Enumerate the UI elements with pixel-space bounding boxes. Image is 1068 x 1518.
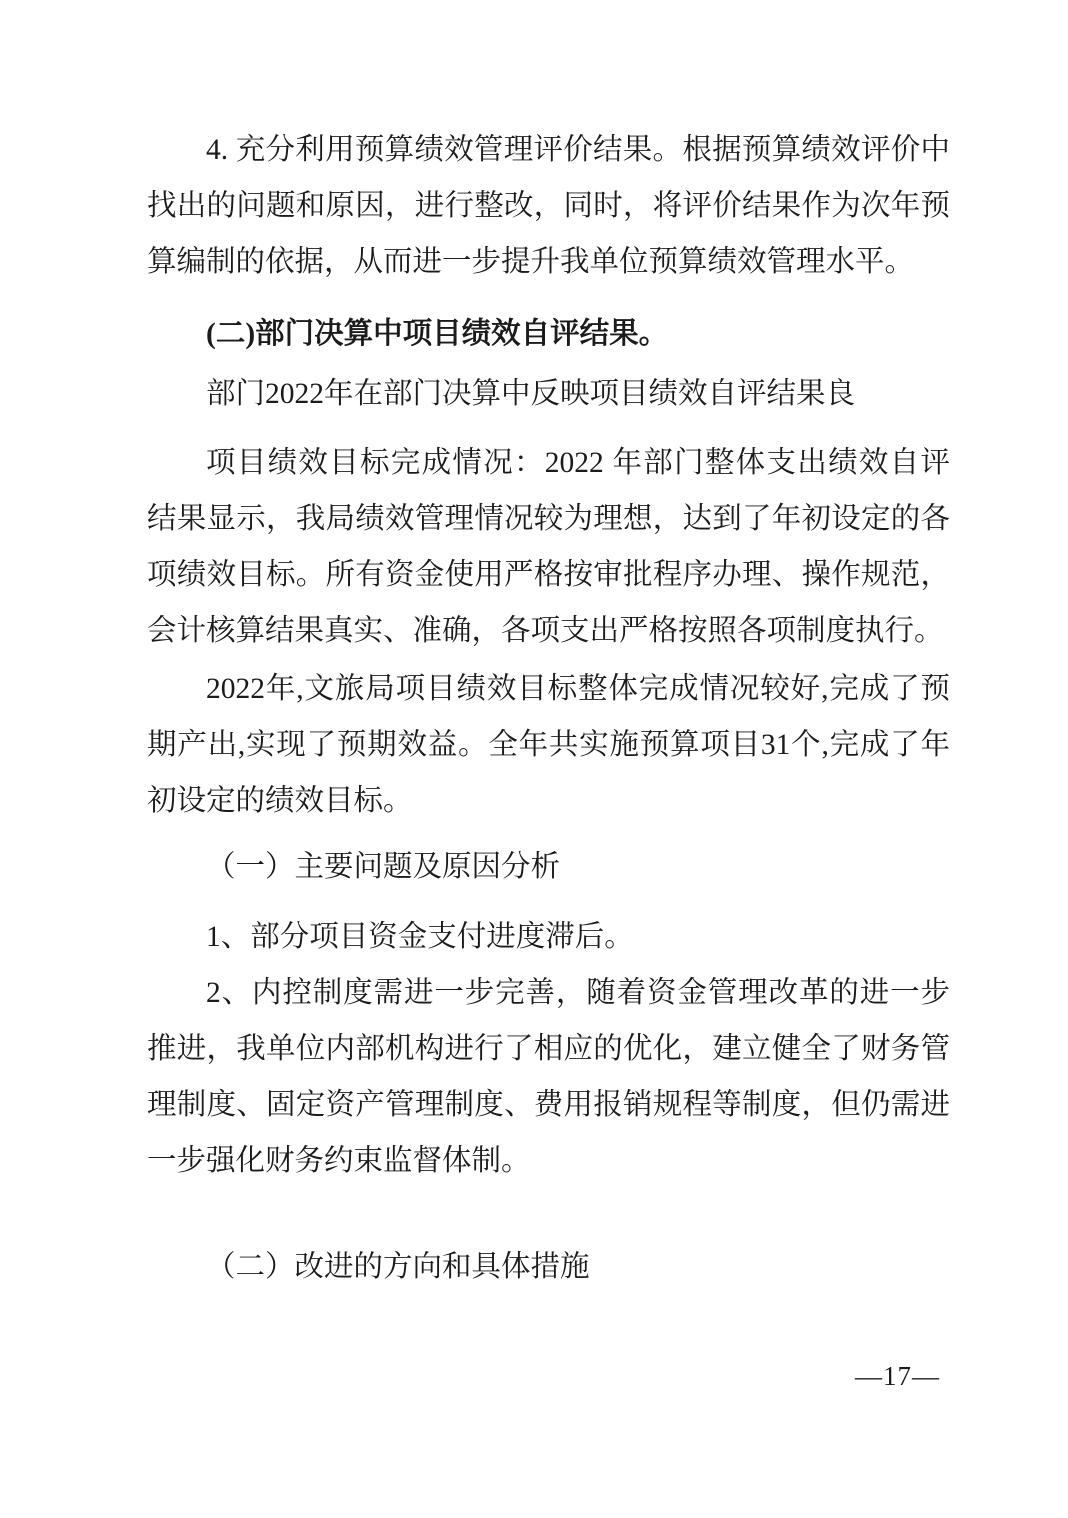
heading-self-evaluation-results: (二)部门决算中项目绩效自评结果。 (147, 306, 950, 362)
para-goal-completion-status: 项目绩效目标完成情况：2022 年部门整体支出绩效自评结果显示，我局绩效管理情况… (147, 435, 950, 659)
para-payment-progress-lag: 1、部分项目资金支付进度滞后。 (147, 909, 950, 965)
para-use-of-evaluation-results: 4. 充分利用预算绩效管理评价结果。根据预算绩效评价中找出的问题和原因，进行整改… (147, 122, 950, 290)
para-self-evaluation-rating: 部门2022年在部门决算中反映项目绩效自评结果良 (147, 366, 950, 422)
para-internal-control-improvement: 2、内控制度需进一步完善，随着资金管理改革的进一步推进，我单位内部机构进行了相应… (147, 965, 950, 1189)
document-body: 4. 充分利用预算绩效管理评价结果。根据预算绩效评价中找出的问题和原因，进行整改… (147, 122, 950, 1295)
para-2022-project-completion: 2022年,文旅局项目绩效目标整体完成情况较好,完成了预期产出,实现了预期效益。… (147, 661, 950, 829)
page-number: —17— (855, 1360, 940, 1392)
heading-problems-and-causes: （一）主要问题及原因分析 (147, 839, 950, 895)
document-page: 4. 充分利用预算绩效管理评价结果。根据预算绩效评价中找出的问题和原因，进行整改… (0, 0, 1068, 1518)
heading-improvement-measures: （二）改进的方向和具体措施 (147, 1239, 950, 1295)
